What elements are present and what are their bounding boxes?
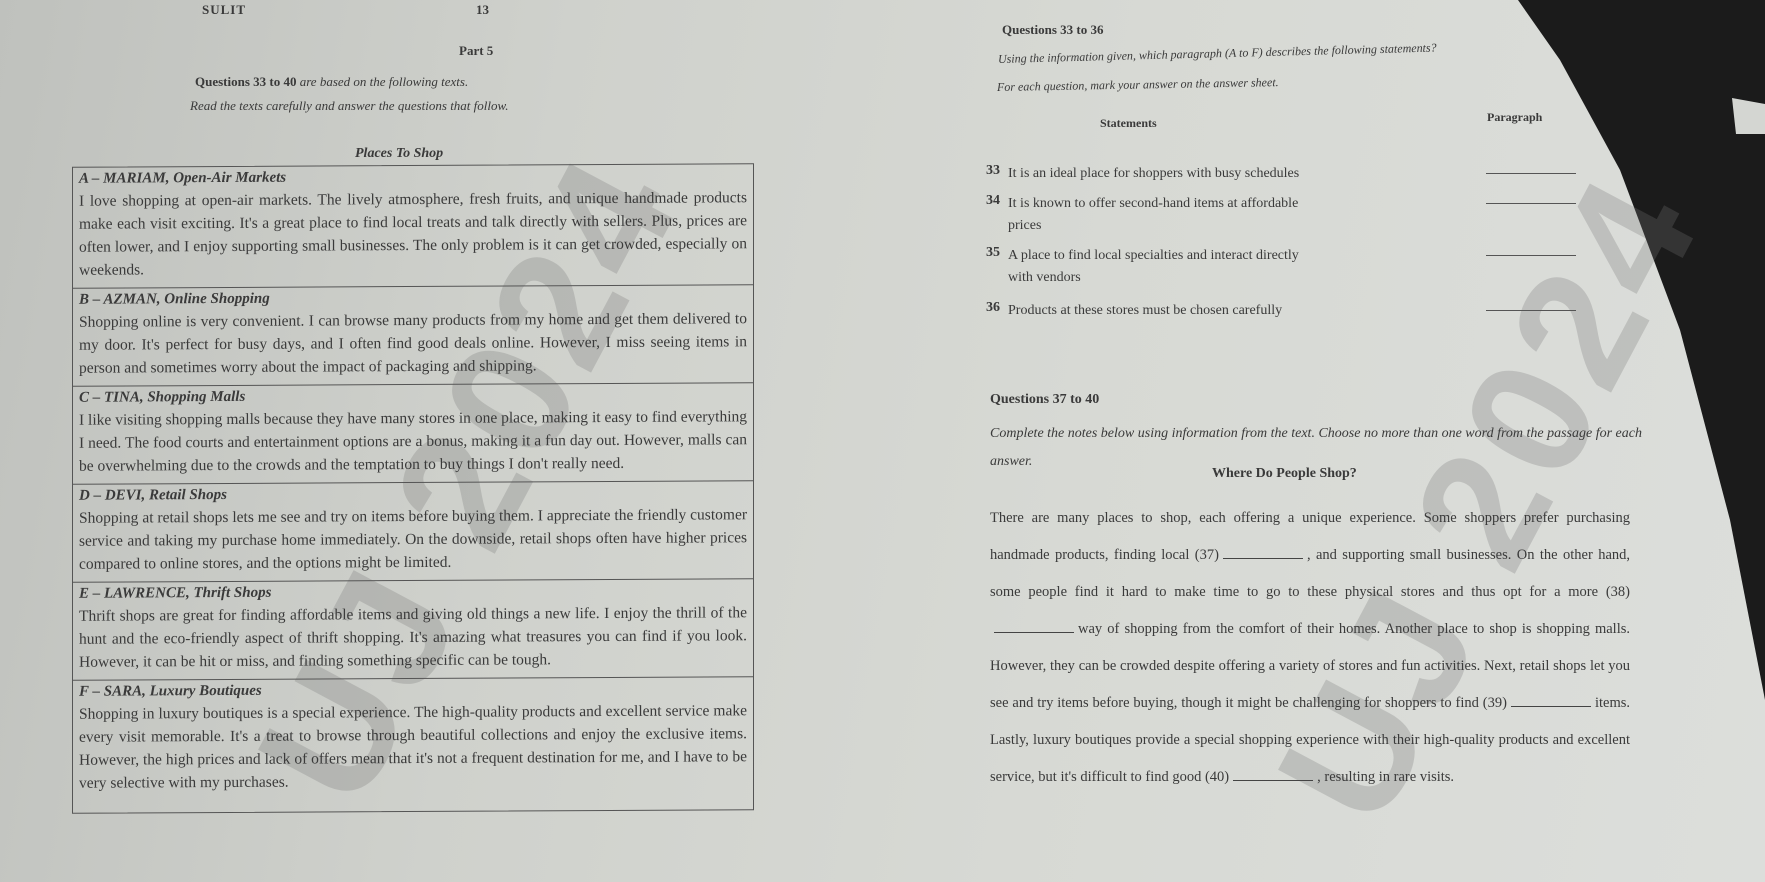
statement-number: 36 xyxy=(986,300,1008,322)
statement-35: 35A place to find local specialties and … xyxy=(986,245,1308,289)
gap-40[interactable] xyxy=(1233,768,1313,781)
intro-instruction: Read the texts carefully and answer the … xyxy=(190,98,508,114)
statements-column-header: Statements xyxy=(1100,116,1157,131)
passage-body: Shopping in luxury boutiques is a specia… xyxy=(79,699,747,794)
part-heading: Part 5 xyxy=(459,43,493,59)
passages-box: A – MARIAM, Open-Air MarketsI love shopp… xyxy=(72,163,754,814)
gap-37[interactable] xyxy=(1223,546,1303,559)
passage-f: F – SARA, Luxury BoutiquesShopping in lu… xyxy=(73,677,753,813)
statement-text: Products at these stores must be chosen … xyxy=(1008,300,1308,322)
answer-blank[interactable] xyxy=(1486,255,1576,256)
classification-label: SULIT xyxy=(202,2,246,18)
section2-heading: Questions 37 to 40 xyxy=(990,392,1099,408)
statement-text: A place to find local specialties and in… xyxy=(1008,245,1308,289)
passage-body: I love shopping at open-air markets. The… xyxy=(79,186,747,281)
statement-number: 33 xyxy=(986,163,1008,185)
notes-title: Where Do People Shop? xyxy=(1212,466,1357,482)
paragraph-column-header: Paragraph xyxy=(1487,110,1542,125)
passage-e: E – LAWRENCE, Thrift ShopsThrift shops a… xyxy=(73,579,753,681)
notes-text: There are many places to shop, each offe… xyxy=(990,500,1630,796)
statement-number: 35 xyxy=(986,245,1008,289)
intro-rest: are based on the following texts. xyxy=(296,74,468,89)
passage-title: E – LAWRENCE, Thrift Shops xyxy=(79,582,747,602)
intro-bold: Questions 33 to 40 xyxy=(195,74,296,89)
answer-blank[interactable] xyxy=(1486,310,1576,311)
statement-36: 36Products at these stores must be chose… xyxy=(986,300,1308,322)
paper-scrap xyxy=(1732,98,1765,134)
passage-title: B – AZMAN, Online Shopping xyxy=(79,288,747,308)
passage-body: I like visiting shopping malls because t… xyxy=(79,405,747,477)
passage-title: C – TINA, Shopping Malls xyxy=(79,386,747,406)
passage-b: B – AZMAN, Online ShoppingShopping onlin… xyxy=(73,285,753,387)
passage-title: D – DEVI, Retail Shops xyxy=(79,484,747,504)
passage-a: A – MARIAM, Open-Air MarketsI love shopp… xyxy=(73,164,753,289)
gap-39[interactable] xyxy=(1511,694,1591,707)
statement-number: 34 xyxy=(986,193,1008,237)
statement-33: 33It is an ideal place for shoppers with… xyxy=(986,163,1308,185)
passage-c: C – TINA, Shopping MallsI like visiting … xyxy=(73,383,753,485)
intro-line: Questions 33 to 40 are based on the foll… xyxy=(195,74,468,90)
statement-text: It is known to offer second-hand items a… xyxy=(1008,193,1308,237)
passage-body: Thrift shops are great for finding affor… xyxy=(79,601,747,673)
statement-text: It is an ideal place for shoppers with b… xyxy=(1008,163,1308,185)
notes-part: , resulting in rare visits. xyxy=(1317,769,1454,785)
passage-body: Shopping at retail shops lets me see and… xyxy=(79,503,747,575)
passages-title: Places To Shop xyxy=(355,146,443,162)
answer-blank[interactable] xyxy=(1486,203,1576,204)
statement-34: 34It is known to offer second-hand items… xyxy=(986,193,1308,237)
gap-38[interactable] xyxy=(994,620,1074,633)
passage-title: A – MARIAM, Open-Air Markets xyxy=(79,167,747,187)
section1-heading: Questions 33 to 36 xyxy=(1002,22,1103,38)
passage-title: F – SARA, Luxury Boutiques xyxy=(79,680,747,700)
passage-d: D – DEVI, Retail ShopsShopping at retail… xyxy=(73,481,753,583)
page-number: 13 xyxy=(476,2,489,18)
answer-blank[interactable] xyxy=(1486,173,1576,174)
passage-body: Shopping online is very convenient. I ca… xyxy=(79,307,747,379)
